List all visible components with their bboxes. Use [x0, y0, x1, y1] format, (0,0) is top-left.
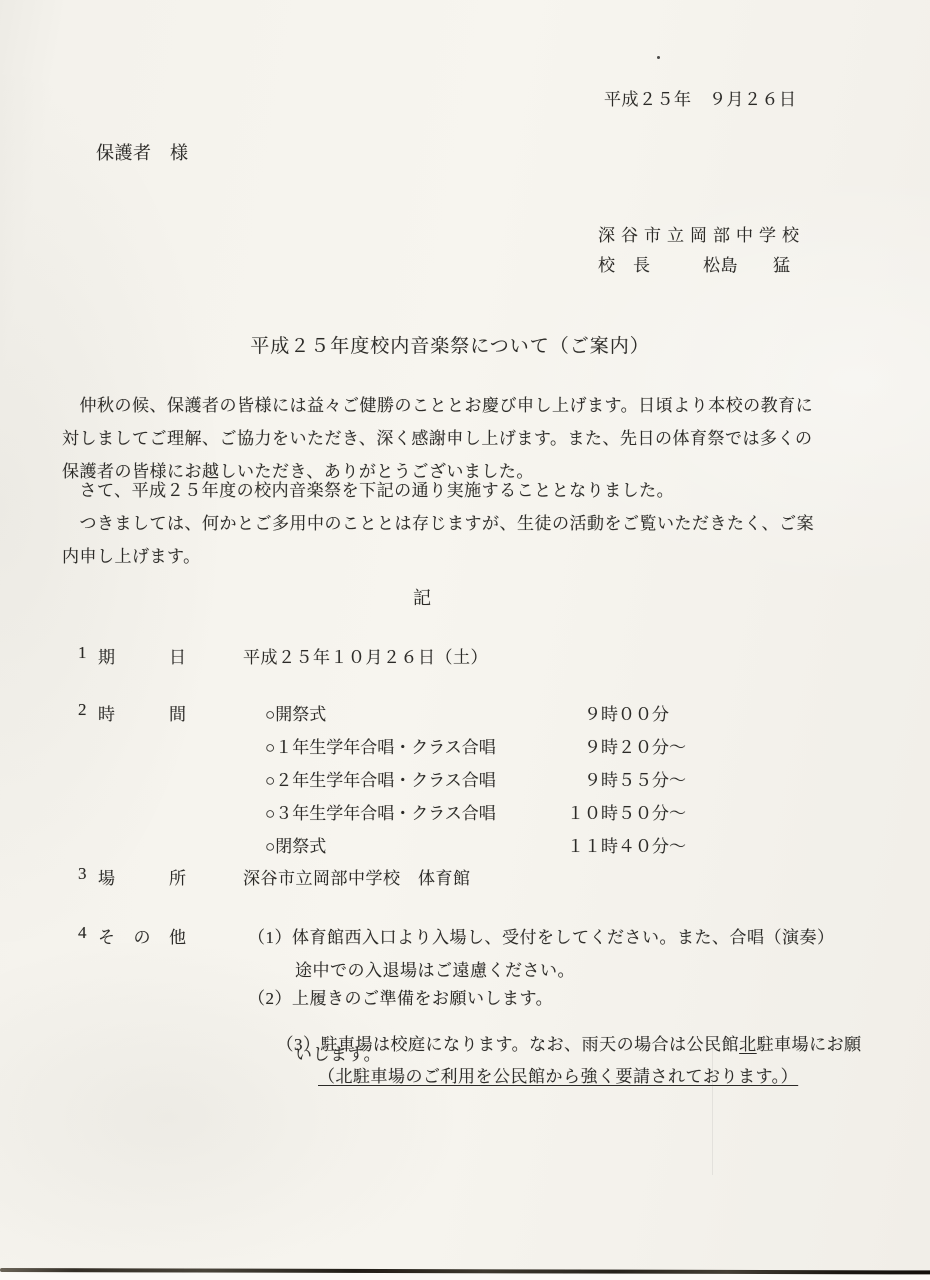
- schedule-time: ９時２０分: [557, 733, 669, 758]
- schedule-event: ○１年生学年合唱・クラス合唱: [265, 733, 496, 758]
- schedule-event: ○開祭式: [265, 700, 326, 725]
- sender-school-name: 深谷市立岡部中学校: [598, 221, 805, 246]
- note-line-1b: 途中での入退場はご遠慮ください。: [295, 956, 575, 981]
- schedule-row: ○１年生学年合唱・クラス合唱 ９時２０分 ～: [265, 733, 687, 758]
- item-label-char: 時: [98, 700, 115, 725]
- scan-crease-line: [712, 1040, 713, 1175]
- schedule-time-suffix: ～: [669, 733, 687, 758]
- item-label-char: の: [134, 923, 151, 948]
- underline-segment: 北: [739, 1035, 757, 1054]
- schedule-row: ○開祭式 ９時００分: [265, 700, 687, 725]
- item-label-char: 所: [169, 864, 186, 889]
- item-label: 時 間: [98, 700, 186, 725]
- item-label-char: 場: [98, 864, 115, 889]
- item-label-char: そ: [98, 923, 115, 948]
- date-line: 平成２５年 ９月２６日: [604, 85, 797, 110]
- schedule-time-suffix: ～: [669, 832, 687, 857]
- scanned-letter-page: 平成２５年 ９月２６日 保護者 様 深谷市立岡部中学校 校 長 松島 猛 平成２…: [0, 0, 930, 1270]
- recipient-line: 保護者 様: [96, 139, 189, 165]
- schedule-time: ９時００分: [557, 700, 669, 725]
- item-number: 4: [78, 923, 98, 943]
- scan-speck: [657, 56, 660, 59]
- item-label-char: 間: [169, 700, 186, 725]
- body-line: さて、平成２５年度の校内音楽祭を下記の通り実施することとなりました。: [62, 476, 674, 501]
- final-underlined-note: （北駐車場のご利用を公民館から強く要請されております。）: [318, 1062, 798, 1087]
- schedule-event: ○２年生学年合唱・クラス合唱: [265, 766, 496, 791]
- item-label-char: 他: [169, 923, 186, 948]
- item-number: 3: [78, 864, 98, 884]
- schedule-row: ○３年生学年合唱・クラス合唱 １０時５０分 ～: [265, 799, 687, 824]
- schedule-time-suffix: [669, 700, 687, 725]
- note-line-1a: （1）体育館西入口より入場し、受付をしてください。また、合唱（演奏）: [248, 923, 835, 948]
- schedule-event: ○閉祭式: [265, 832, 326, 857]
- note-text: 駐車場にお願: [757, 1035, 862, 1054]
- schedule-row: ○２年生学年合唱・クラス合唱 ９時５５分 ～: [265, 766, 687, 791]
- document-title: 平成２５年度校内音楽祭について（ご案内）: [0, 331, 900, 358]
- item-label: 場 所: [98, 864, 186, 889]
- schedule-time: ９時５５分: [557, 766, 669, 791]
- schedule-row: ○閉祭式 １１時４０分 ～: [265, 832, 687, 857]
- body-line: つきましては、何かとご多用中のこととは存じますが、生徒の活動をご覧いただきたく、…: [62, 509, 814, 534]
- record-marker: 記: [413, 584, 432, 610]
- body-line: 内申し上げます。: [62, 542, 201, 567]
- note-line-2: （2）上履きのご準備をお願いします。: [248, 984, 553, 1009]
- schedule-time-suffix: ～: [669, 799, 687, 824]
- schedule-event: ○３年生学年合唱・クラス合唱: [265, 799, 496, 824]
- item-content-place: 深谷市立岡部中学校 体育館: [243, 864, 471, 889]
- item-number: 1: [78, 643, 98, 663]
- item-label-char: 日: [169, 643, 186, 668]
- schedule-time: １１時４０分: [557, 832, 669, 857]
- item-content-date: 平成２５年１０月２６日（土）: [243, 643, 488, 668]
- body-line: 対しましてご理解、ご協力をいただき、深く感謝申し上げます。また、先日の体育祭では…: [62, 424, 812, 449]
- item-label: 期 日: [98, 643, 186, 668]
- item-label: そ の 他: [98, 923, 186, 948]
- item-label-char: 期: [98, 643, 115, 668]
- body-line: 仲秋の候、保護者の皆様には益々ご健勝のこととお慶び申し上げます。日頃より本校の教…: [62, 391, 813, 416]
- schedule-time-suffix: ～: [669, 766, 687, 791]
- sender-principal-line: 校 長 松島 猛: [598, 251, 791, 276]
- schedule-time: １０時５０分: [557, 799, 669, 824]
- item-number: 2: [78, 700, 98, 720]
